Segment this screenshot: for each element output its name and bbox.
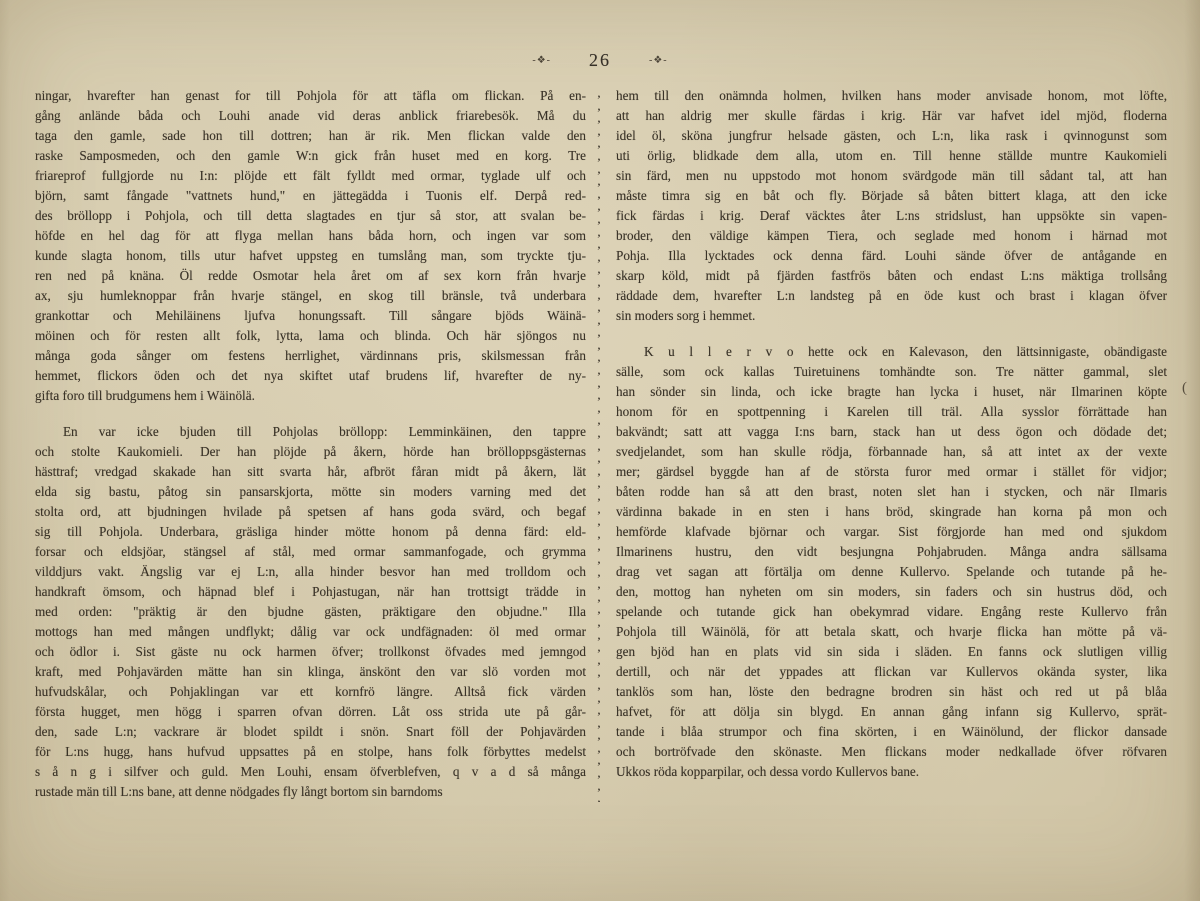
text-line: svedjelandet, som han skulle rödja, förb… (616, 442, 1167, 462)
text-line: hafvet, för att dölja sin blygd. En anna… (616, 702, 1167, 722)
text-line: sin moders sorg i hemmet. (616, 306, 1167, 326)
text-line: forsar och eldsjöar, stängsel af stål, m… (35, 542, 586, 562)
text-line: Ilmarinens hustru, den vidt besjungna Po… (616, 542, 1167, 562)
header-ornament-left-icon: -❖- (532, 55, 551, 66)
text-line: för L:ns hugg, hans hufvud uppsattes på … (35, 742, 586, 762)
text-line: mottogs han med mången undflykt; dålig v… (35, 622, 586, 642)
text-line: möinen och för resten allt folk, lytta, … (35, 326, 586, 346)
text-line: hufvudskålar, och Pohjaklingan var ett k… (35, 682, 586, 702)
text-line: måste timra sig en båt och fly. Började … (616, 186, 1167, 206)
text-line: och bortröfvade den skönaste. Men flicka… (616, 742, 1167, 762)
text-line: stolta ord, att bjudningen hvilade på sp… (35, 502, 586, 522)
text-line: sälle, som ock kallas Tuiretuinens tomhä… (616, 362, 1167, 382)
text-line: taga den gamle, sade hon till dottren; h… (35, 126, 586, 146)
text-line: ren ned på knäna. Öl redde Osmotar hela … (35, 266, 586, 286)
paragraph-kullervo: K u l l e r v o hette ock en Kalevason, … (616, 342, 1167, 782)
text-line: broder, den väldige kämpen Tiera, och se… (616, 226, 1167, 246)
text-line: och stolte Kaukomieli. Der han plöjde på… (35, 442, 586, 462)
text-line: han sönder sin linda, och icke bragte ha… (616, 382, 1167, 402)
text-line: Ukkos röda kopparpilar, och dessa vordo … (616, 762, 1167, 782)
text-line: mer; gärdsel byggde han af de största fu… (616, 462, 1167, 482)
text-line: s å n g i silfver och guld. Men Louhi, e… (35, 762, 586, 782)
text-line: hästtraf; vredgad skakade han sitt svart… (35, 462, 586, 482)
text-line: räddade dem, hvarefter L:n landsteg på e… (616, 286, 1167, 306)
page-header: -❖-26-❖- (0, 50, 1200, 71)
text-line: kraft, med Pohjavärden mätte han sin kli… (35, 662, 586, 682)
text-line: friareprof fullgjorde nu I:n: plöjde ett… (35, 166, 586, 186)
text-line: tanklös som han, löste den bedragne brod… (616, 682, 1167, 702)
text-line: många goda sånger om festens herrlighet,… (35, 346, 586, 366)
column-divider: , , , , , , , , , , , , , , , , , , , , … (593, 88, 605, 802)
text-line: sin färd, men nu uppstodo mot honom svär… (616, 166, 1167, 186)
stray-edge-mark: ( (1182, 380, 1187, 397)
text-line: björn, samt fångade "vattnets hund," en … (35, 186, 586, 206)
text-line: honom för en spottpenning i Karelen till… (616, 402, 1167, 422)
text-line: uti örlig, blidkade dem alla, utom en. T… (616, 146, 1167, 166)
text-line: ningar, hvarefter han genast for till Po… (35, 86, 586, 106)
text-line: hemförde klafvade björnar och vargar. Si… (616, 522, 1167, 542)
page-number: 26 (589, 50, 611, 71)
text-line: drag vet sagan att förtälja om denne Kul… (616, 562, 1167, 582)
text-line: första hugget, men högg i sparren ofvan … (35, 702, 586, 722)
scanned-book-page: -❖-26-❖- ningar, hvarefter han genast fo… (0, 0, 1200, 901)
text-line: hem till den onämnda holmen, hvilken han… (616, 86, 1167, 106)
text-line: tande i blåa strumpor och fina skörten, … (616, 722, 1167, 742)
text-line: ax, sju humleknoppar från hvarje stängel… (35, 286, 586, 306)
text-line: idel öl, sköna jungfrur helsade gästen, … (616, 126, 1167, 146)
text-line: höfde en hel dag för att flyga mellan ha… (35, 226, 586, 246)
text-line: elda sig bastu, påtog sin pansarskjorta,… (35, 482, 586, 502)
text-line: dertill, och när det yppades att flickan… (616, 662, 1167, 682)
text-line: des bröllopp i Pohjola, och till detta s… (35, 206, 586, 226)
paragraph-continuation: ningar, hvarefter han genast for till Po… (35, 86, 586, 406)
text-line: värdinna bakade in en sten i hans bröd, … (616, 502, 1167, 522)
text-line: spelande och tutande gick han obekymrad … (616, 602, 1167, 622)
text-line: att han aldrig mer skulle färdas i krig.… (616, 106, 1167, 126)
text-line: gång anlände båda och Louhi anade vid de… (35, 106, 586, 126)
text-line: Pohja. Illa lycktades ock denna färd. Lo… (616, 246, 1167, 266)
text-line: gifta foro till brudgumens hem i Wäinölä… (35, 386, 586, 406)
text-line: raske Samposmeden, och den gamle W:n gic… (35, 146, 586, 166)
text-line: En var icke bjuden till Pohjolas bröllop… (35, 422, 586, 442)
text-line: rustade män till L:ns bane, att denne nö… (35, 782, 586, 802)
text-line: grankottar och Mehiläinens ljufva honung… (35, 306, 586, 326)
text-line: och ödlor i. Sist gäste nu ock harmen öf… (35, 642, 586, 662)
header-ornament-right-icon: -❖- (649, 55, 668, 66)
text-line: fick färdas i krig. Deraf väcktes åter L… (616, 206, 1167, 226)
text-line: sig till Pohjola. Underbara, gräsliga hi… (35, 522, 586, 542)
text-line: den, sade L:n; vackrare är blodet spildt… (35, 722, 586, 742)
text-line: bakvändt; satt att vagga I:ns barn, stac… (616, 422, 1167, 442)
text-line: skarp köld, midt på fjärden fastfrös båt… (616, 266, 1167, 286)
text-line: med orden: "präktig är den bjudne gästen… (35, 602, 586, 622)
text-line: Pohjola till Wäinölä, för att betala ska… (616, 622, 1167, 642)
text-line: den, mottog han nyheten om sin moders, s… (616, 582, 1167, 602)
paragraph-continuation: hem till den onämnda holmen, hvilken han… (616, 86, 1167, 326)
right-column: hem till den onämnda holmen, hvilken han… (616, 86, 1167, 782)
text-line: båten rodde han så att den brast, noten … (616, 482, 1167, 502)
text-line: handkraft ömsom, och häpnad blef i Pohja… (35, 582, 586, 602)
paragraph-lemminkainen: En var icke bjuden till Pohjolas bröllop… (35, 422, 586, 802)
text-line: hemmet, flickors öden och det nya skifte… (35, 366, 586, 386)
left-column: ningar, hvarefter han genast for till Po… (35, 86, 586, 802)
text-line: K u l l e r v o hette ock en Kalevason, … (616, 342, 1167, 362)
text-line: kunde slagta honom, tills utur hafvet up… (35, 246, 586, 266)
text-line: gen bjöd han en plats vid sin sida i slä… (616, 642, 1167, 662)
text-line: vilddjurs vakt. Ängslig var ej L:n, alla… (35, 562, 586, 582)
